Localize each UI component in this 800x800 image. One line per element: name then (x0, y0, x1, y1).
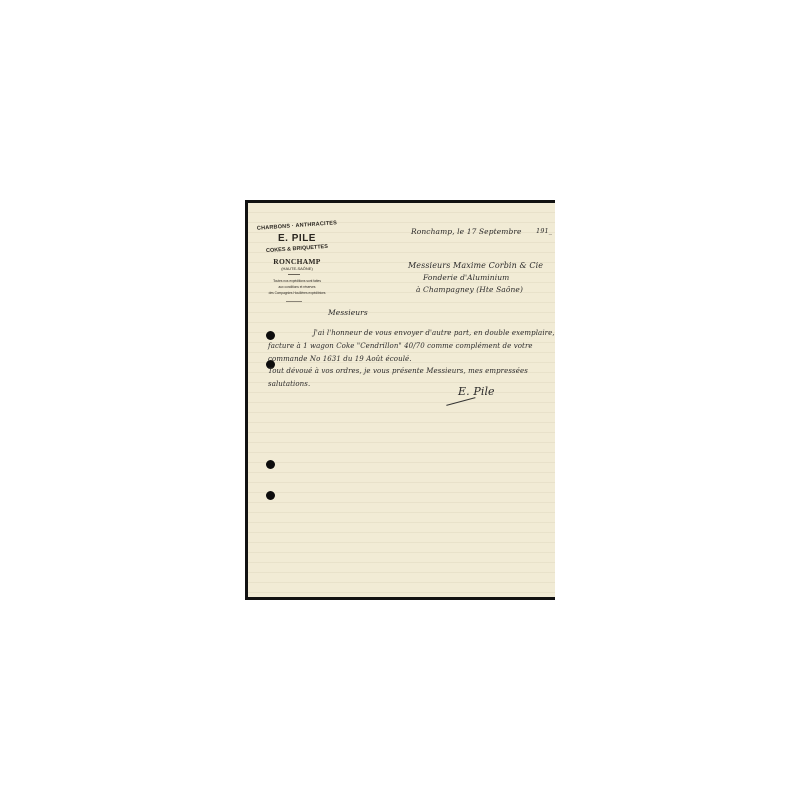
recipient-line: à Champagney (Hte Saône) (416, 285, 523, 294)
letterhead-city: RONCHAMP (254, 257, 340, 266)
recipient-line: Messieurs Maxime Corbin & Cie (408, 261, 543, 270)
letter-date: Ronchamp, le 17 Septembre (411, 227, 522, 236)
letterhead-products: COKES & BRIQUETTES (254, 243, 340, 255)
body-line: commande No 1631 du 19 Août écoulé. (268, 355, 412, 363)
letterhead-company: E. PILE (254, 233, 340, 244)
letter-year: 191_ (536, 227, 552, 235)
divider (286, 301, 302, 302)
divider (288, 274, 300, 275)
punch-hole (266, 331, 275, 340)
signature-flourish (446, 397, 475, 407)
body-line: J'ai l'honneur de vous envoyer d'autre p… (313, 329, 555, 337)
punch-hole (266, 460, 275, 469)
signature: E. Pile (458, 385, 495, 398)
salutation: Messieurs (328, 308, 368, 317)
letter-page: CHARBONS · ANTHRACITES E. PILE COKES & B… (245, 200, 555, 600)
body-line: Tout dévoué à vos ordres, je vous présen… (268, 367, 528, 375)
body-line: salutations. (268, 380, 310, 388)
letterhead-region: (HAUTE-SAÔNE) (254, 266, 340, 271)
letterhead-trade-line: CHARBONS · ANTHRACITES (254, 220, 340, 232)
letterhead-notice: Toutes nos expéditions sont faites aux c… (254, 278, 340, 296)
punch-hole (266, 491, 275, 500)
recipient-line: Fonderie d'Aluminium (423, 273, 509, 282)
body-line: facture à 1 wagon Coke "Cendrillon" 40/7… (268, 342, 533, 350)
